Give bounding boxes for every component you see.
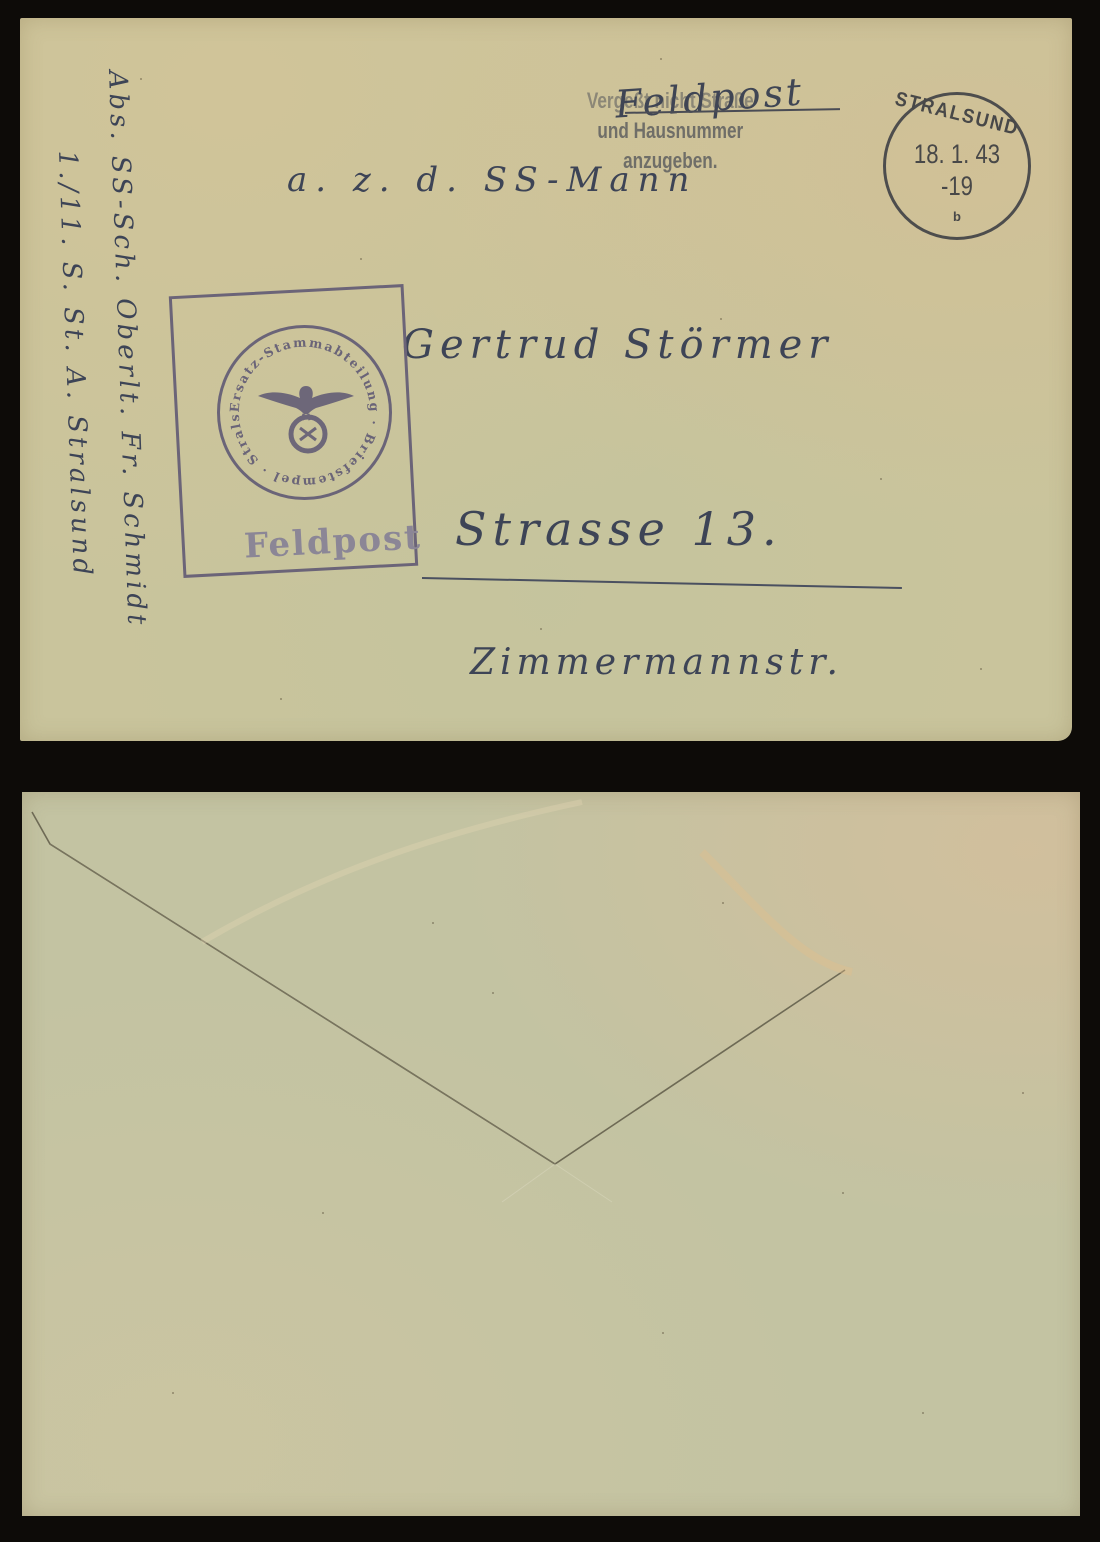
envelope-back — [22, 792, 1080, 1516]
handwritten-attn-line: a. z. d. SS-Mann — [287, 160, 697, 200]
recipient-name: Gertrud Störmer — [402, 322, 833, 368]
postmark-code: b — [886, 209, 1028, 224]
recipient-street: Strasse 13. — [455, 502, 783, 556]
envelope-flap — [22, 792, 1080, 1516]
recipient-city: Zimmermannstr. — [470, 642, 843, 683]
censor-round-stamp: Ersatz-Stammabteilung · Briefstempel · S… — [217, 325, 392, 500]
eagle-emblem-icon — [256, 368, 356, 458]
postmark-time: -19 — [899, 171, 1015, 202]
postmark: STRALSUND 18. 1. 43 -19 b — [883, 92, 1031, 240]
postmark-date: 18. 1. 43 — [899, 139, 1015, 170]
